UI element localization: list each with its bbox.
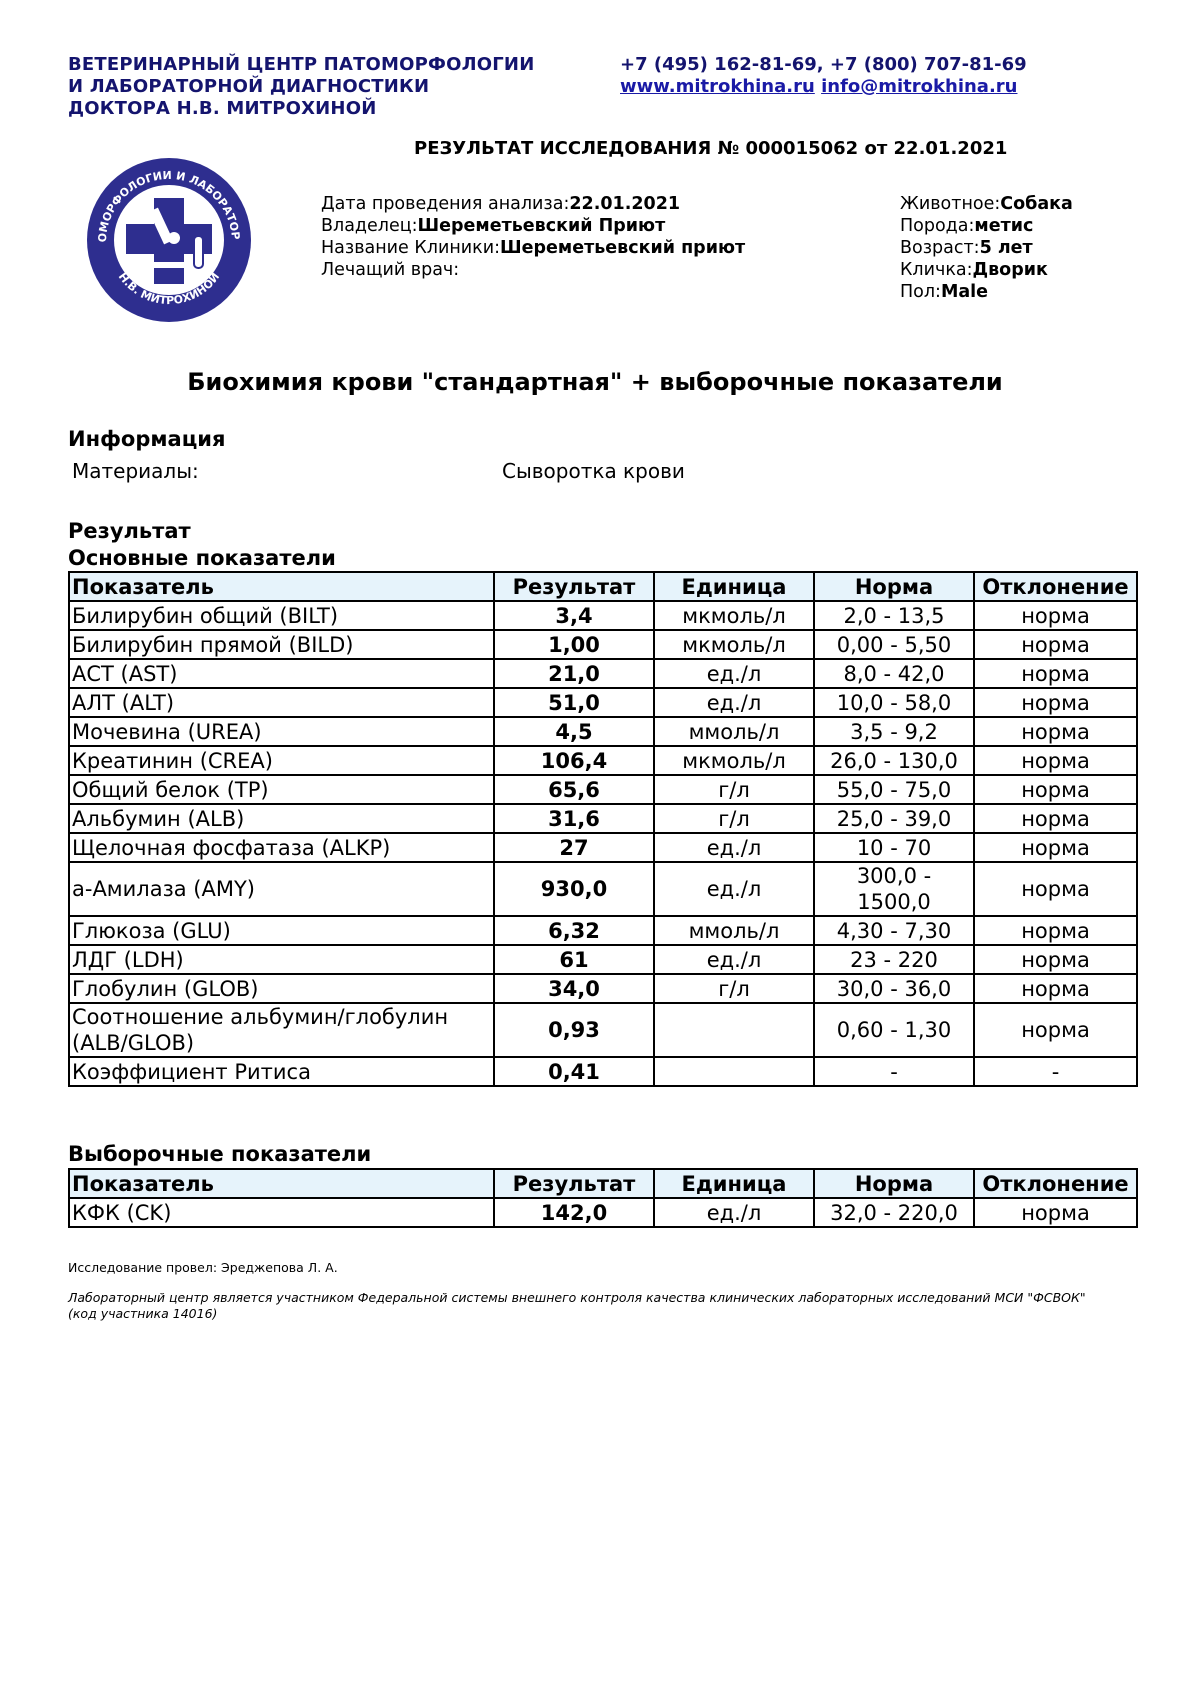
reference-range: 3,5 - 9,2 bbox=[814, 717, 974, 746]
reference-range: - bbox=[814, 1057, 974, 1086]
indicator-name: ЛДГ (LDH) bbox=[69, 945, 494, 974]
indicator-name: Альбумин (ALB) bbox=[69, 804, 494, 833]
clinic-row: Название Клиники:Шереметьевский приют bbox=[321, 237, 745, 259]
table-row: а-Амилаза (AMY)930,0ед./л300,0 - 1500,0н… bbox=[69, 862, 1137, 916]
deviation: норма bbox=[974, 862, 1137, 916]
indicator-name: АСТ (AST) bbox=[69, 659, 494, 688]
deviation: норма bbox=[974, 688, 1137, 717]
indicator-name: Билирубин общий (BILT) bbox=[69, 601, 494, 630]
doctor-row: Лечащий врач: bbox=[321, 259, 745, 281]
table-row: Щелочная фосфатаза (ALKP)27ед./л10 - 70н… bbox=[69, 833, 1137, 862]
unit: ед./л bbox=[654, 688, 814, 717]
website-link[interactable]: www.mitrokhina.ru bbox=[620, 76, 815, 97]
deviation: - bbox=[974, 1057, 1137, 1086]
indicator-name: Билирубин прямой (BILD) bbox=[69, 630, 494, 659]
column-header: Показатель bbox=[69, 572, 494, 601]
age-row: Возраст:5 лет bbox=[900, 237, 1073, 259]
column-header: Единица bbox=[654, 1169, 814, 1198]
reference-range: 25,0 - 39,0 bbox=[814, 804, 974, 833]
animal-nickname: Дворик bbox=[973, 260, 1048, 280]
result-title: РЕЗУЛЬТАТ ИССЛЕДОВАНИЯ № 000015062 от 22… bbox=[414, 138, 1007, 160]
reference-range: 0,00 - 5,50 bbox=[814, 630, 974, 659]
column-header: Отклонение bbox=[974, 572, 1137, 601]
materials-label: Материалы: bbox=[72, 459, 199, 483]
analysis-date-row: Дата проведения анализа:22.01.2021 bbox=[321, 193, 745, 215]
reference-range: 55,0 - 75,0 bbox=[814, 775, 974, 804]
reference-range: 8,0 - 42,0 bbox=[814, 659, 974, 688]
unit: ед./л bbox=[654, 833, 814, 862]
deviation: норма bbox=[974, 601, 1137, 630]
table-header-row: Показатель Результат Единица Норма Откло… bbox=[69, 572, 1137, 601]
info-heading: Информация bbox=[68, 426, 225, 452]
deviation: норма bbox=[974, 717, 1137, 746]
indicator-name: Коэффициент Ритиса bbox=[69, 1057, 494, 1086]
column-header: Результат bbox=[494, 572, 654, 601]
indicator-name: Мочевина (UREA) bbox=[69, 717, 494, 746]
unit: г/л bbox=[654, 974, 814, 1003]
phone-numbers: +7 (495) 162-81-69, +7 (800) 707-81-69 bbox=[620, 54, 1027, 76]
result-value: 4,5 bbox=[494, 717, 654, 746]
unit: мкмоль/л bbox=[654, 630, 814, 659]
organization-name: ВЕТЕРИНАРНЫЙ ЦЕНТР ПАТОМОРФОЛОГИИ И ЛАБО… bbox=[68, 54, 534, 120]
document-title: Биохимия крови "стандартная" + выборочны… bbox=[0, 368, 1190, 396]
indicator-name: Щелочная фосфатаза (ALKP) bbox=[69, 833, 494, 862]
reference-range: 26,0 - 130,0 bbox=[814, 746, 974, 775]
unit: ед./л bbox=[654, 1198, 814, 1227]
extra-results-table: Показатель Результат Единица Норма Откло… bbox=[68, 1168, 1138, 1228]
result-heading: Результат bbox=[68, 518, 191, 544]
performed-by: Исследование провел: Эреджепова Л. А. bbox=[68, 1260, 338, 1275]
table-row: Альбумин (ALB)31,6г/л25,0 - 39,0норма bbox=[69, 804, 1137, 833]
unit bbox=[654, 1057, 814, 1086]
animal-age: 5 лет bbox=[980, 238, 1033, 258]
reference-range: 0,60 - 1,30 bbox=[814, 1003, 974, 1057]
table-row: Билирубин прямой (BILD)1,00мкмоль/л0,00 … bbox=[69, 630, 1137, 659]
org-line-3: ДОКТОРА Н.В. МИТРОХИНОЙ bbox=[68, 98, 534, 120]
animal-row: Животное:Собака bbox=[900, 193, 1073, 215]
reference-range: 32,0 - 220,0 bbox=[814, 1198, 974, 1227]
analysis-details: Дата проведения анализа:22.01.2021 Владе… bbox=[321, 193, 745, 281]
table-row: Глюкоза (GLU)6,32ммоль/л4,30 - 7,30норма bbox=[69, 916, 1137, 945]
column-header: Единица bbox=[654, 572, 814, 601]
unit: ммоль/л bbox=[654, 916, 814, 945]
result-value: 61 bbox=[494, 945, 654, 974]
main-table-heading: Основные показатели bbox=[68, 545, 336, 571]
deviation: норма bbox=[974, 746, 1137, 775]
column-header: Показатель bbox=[69, 1169, 494, 1198]
unit: ммоль/л bbox=[654, 717, 814, 746]
indicator-name: Глобулин (GLOB) bbox=[69, 974, 494, 1003]
deviation: норма bbox=[974, 659, 1137, 688]
indicator-name: Общий белок (TP) bbox=[69, 775, 494, 804]
unit: ед./л bbox=[654, 862, 814, 916]
indicator-name: АЛТ (ALT) bbox=[69, 688, 494, 717]
owner-name: Шереметьевский Приют bbox=[418, 216, 666, 236]
animal-breed: метис bbox=[974, 216, 1033, 236]
contacts: +7 (495) 162-81-69, +7 (800) 707-81-69 w… bbox=[620, 54, 1027, 98]
deviation: норма bbox=[974, 945, 1137, 974]
column-header: Норма bbox=[814, 572, 974, 601]
unit: мкмоль/л bbox=[654, 601, 814, 630]
result-value: 3,4 bbox=[494, 601, 654, 630]
reference-range: 10 - 70 bbox=[814, 833, 974, 862]
indicator-name: КФК (CK) bbox=[69, 1198, 494, 1227]
clinic-name: Шереметьевский приют bbox=[500, 238, 745, 258]
indicator-name: Соотношение альбумин/глобулин (ALB/GLOB) bbox=[69, 1003, 494, 1057]
table-row: АЛТ (ALT)51,0ед./л10,0 - 58,0норма bbox=[69, 688, 1137, 717]
table-row: Глобулин (GLOB)34,0г/л30,0 - 36,0норма bbox=[69, 974, 1137, 1003]
result-value: 1,00 bbox=[494, 630, 654, 659]
reference-range: 2,0 - 13,5 bbox=[814, 601, 974, 630]
result-value: 0,93 bbox=[494, 1003, 654, 1057]
table-row: Билирубин общий (BILT)3,4мкмоль/л2,0 - 1… bbox=[69, 601, 1137, 630]
indicator-name: Глюкоза (GLU) bbox=[69, 916, 494, 945]
deviation: норма bbox=[974, 833, 1137, 862]
column-header: Результат bbox=[494, 1169, 654, 1198]
materials-value: Сыворотка крови bbox=[502, 459, 685, 483]
reference-range: 10,0 - 58,0 bbox=[814, 688, 974, 717]
animal-details: Животное:Собака Порода:метис Возраст:5 л… bbox=[900, 193, 1073, 303]
unit: г/л bbox=[654, 804, 814, 833]
unit: г/л bbox=[654, 775, 814, 804]
clinic-logo-icon: ПАТОМОРФОЛОГИИ И ЛАБОРАТОРНОЙ Н.В. МИТРО… bbox=[84, 150, 254, 325]
email-link[interactable]: info@mitrokhina.ru bbox=[821, 76, 1017, 97]
deviation: норма bbox=[974, 1003, 1137, 1057]
extra-table-heading: Выборочные показатели bbox=[68, 1141, 371, 1167]
table-row: Креатинин (CREA)106,4мкмоль/л26,0 - 130,… bbox=[69, 746, 1137, 775]
result-value: 31,6 bbox=[494, 804, 654, 833]
result-value: 0,41 bbox=[494, 1057, 654, 1086]
table-row: Общий белок (TP)65,6г/л55,0 - 75,0норма bbox=[69, 775, 1137, 804]
sex-row: Пол:Male bbox=[900, 281, 1073, 303]
owner-row: Владелец:Шереметьевский Приют bbox=[321, 215, 745, 237]
org-line-1: ВЕТЕРИНАРНЫЙ ЦЕНТР ПАТОМОРФОЛОГИИ bbox=[68, 54, 534, 76]
analysis-date: 22.01.2021 bbox=[569, 194, 680, 214]
unit: ед./л bbox=[654, 659, 814, 688]
animal-sex: Male bbox=[941, 282, 988, 302]
result-value: 21,0 bbox=[494, 659, 654, 688]
animal-species: Собака bbox=[1000, 194, 1073, 214]
result-value: 27 bbox=[494, 833, 654, 862]
deviation: норма bbox=[974, 630, 1137, 659]
result-value: 34,0 bbox=[494, 974, 654, 1003]
reference-range: 300,0 - 1500,0 bbox=[814, 862, 974, 916]
table-header-row: Показатель Результат Единица Норма Откло… bbox=[69, 1169, 1137, 1198]
reference-range: 4,30 - 7,30 bbox=[814, 916, 974, 945]
table-row: ЛДГ (LDH)61ед./л23 - 220норма bbox=[69, 945, 1137, 974]
deviation: норма bbox=[974, 1198, 1137, 1227]
nickname-row: Кличка:Дворик bbox=[900, 259, 1073, 281]
indicator-name: Креатинин (CREA) bbox=[69, 746, 494, 775]
result-value: 65,6 bbox=[494, 775, 654, 804]
unit bbox=[654, 1003, 814, 1057]
result-value: 106,4 bbox=[494, 746, 654, 775]
result-value: 6,32 bbox=[494, 916, 654, 945]
reference-range: 30,0 - 36,0 bbox=[814, 974, 974, 1003]
column-header: Норма bbox=[814, 1169, 974, 1198]
table-row: Мочевина (UREA)4,5ммоль/л3,5 - 9,2норма bbox=[69, 717, 1137, 746]
table-row: Соотношение альбумин/глобулин (ALB/GLOB)… bbox=[69, 1003, 1137, 1057]
deviation: норма bbox=[974, 804, 1137, 833]
result-value: 930,0 bbox=[494, 862, 654, 916]
indicator-name: а-Амилаза (AMY) bbox=[69, 862, 494, 916]
deviation: норма bbox=[974, 974, 1137, 1003]
result-value: 51,0 bbox=[494, 688, 654, 717]
unit: мкмоль/л bbox=[654, 746, 814, 775]
deviation: норма bbox=[974, 775, 1137, 804]
reference-range: 23 - 220 bbox=[814, 945, 974, 974]
table-row: АСТ (AST)21,0ед./л8,0 - 42,0норма bbox=[69, 659, 1137, 688]
org-line-2: И ЛАБОРАТОРНОЙ ДИАГНОСТИКИ bbox=[68, 76, 534, 98]
table-row: КФК (CK)142,0ед./л32,0 - 220,0норма bbox=[69, 1198, 1137, 1227]
main-results-table: Показатель Результат Единица Норма Откло… bbox=[68, 571, 1138, 1087]
unit: ед./л bbox=[654, 945, 814, 974]
column-header: Отклонение bbox=[974, 1169, 1137, 1198]
quality-control-note: Лабораторный центр является участником Ф… bbox=[68, 1290, 1108, 1322]
result-value: 142,0 bbox=[494, 1198, 654, 1227]
table-row: Коэффициент Ритиса0,41-- bbox=[69, 1057, 1137, 1086]
deviation: норма bbox=[974, 916, 1137, 945]
breed-row: Порода:метис bbox=[900, 215, 1073, 237]
